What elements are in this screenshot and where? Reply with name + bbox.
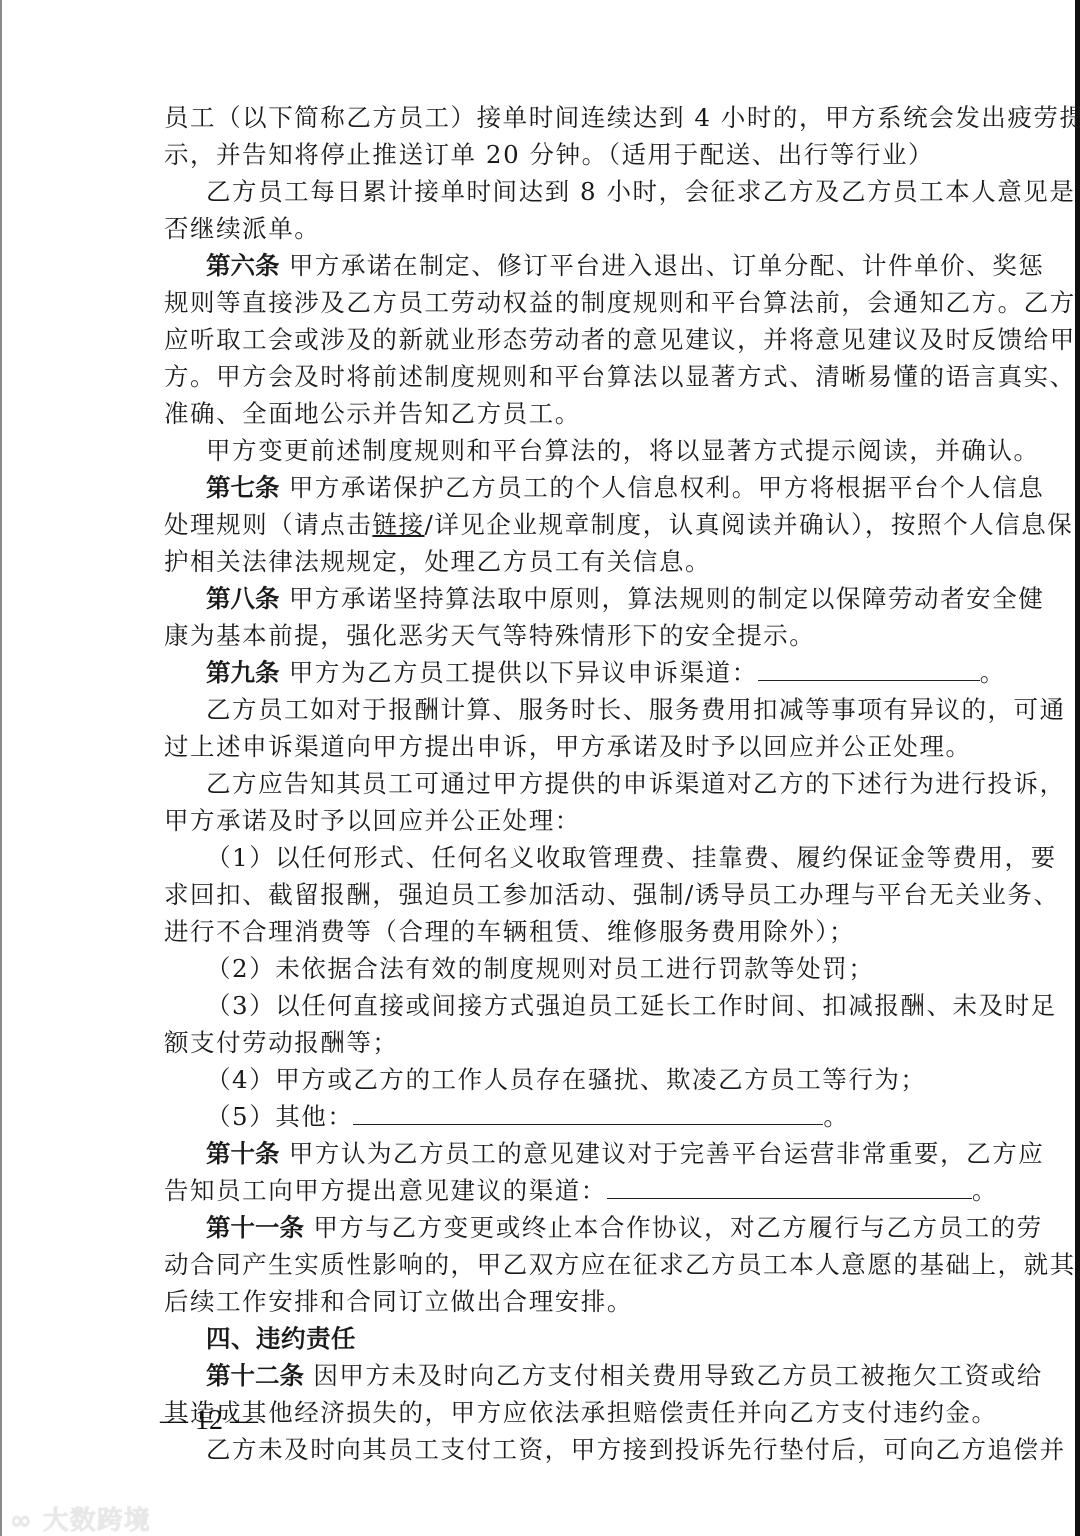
list-item: （1）以任何形式、任何名义收取管理费、挂靠费、履约保证金等费用，要 bbox=[164, 839, 920, 876]
article-6: 第六条 甲方承诺在制定、修订平台进入退出、订单分配、计件单价、奖惩 bbox=[164, 247, 920, 284]
watermark-text: 大数跨境 bbox=[43, 1506, 151, 1536]
article-text: 甲方为乙方员工提供以下异议申诉渠道： bbox=[289, 658, 758, 687]
text-line: 其造成其他经济损失的，甲方应依法承担赔偿责任并向乙方支付违约金。 bbox=[164, 1394, 920, 1431]
logo-icon: ∞ bbox=[10, 1506, 33, 1536]
article-text: 甲方承诺保护乙方员工的个人信息权利。甲方将根据平台个人信息 bbox=[289, 473, 1044, 502]
text-line: 乙方员工每日累计接单时间达到 8 小时，会征求乙方及乙方员工本人意见是 bbox=[164, 173, 920, 210]
fill-blank[interactable] bbox=[607, 1174, 972, 1199]
text-line: 过上述申诉渠道向甲方提出申诉，甲方承诺及时予以回应并公正处理。 bbox=[164, 728, 920, 765]
article-10: 第十条 甲方认为乙方员工的意见建议对于完善平台运营非常重要，乙方应 bbox=[164, 1135, 920, 1172]
text-line: 乙方未及时向其员工支付工资，甲方接到投诉先行垫付后，可向乙方追偿并 bbox=[164, 1431, 920, 1468]
text-line: 准确、全面地公示并告知乙方员工。 bbox=[164, 395, 920, 432]
article-8: 第八条 甲方承诺坚持算法取中原则，算法规则的制定以保障劳动者安全健 bbox=[164, 580, 920, 617]
text-line: 甲方承诺及时予以回应并公正处理： bbox=[164, 802, 920, 839]
list-item: （4）甲方或乙方的工作人员存在骚扰、欺凌乙方员工等行为； bbox=[164, 1061, 920, 1098]
text-line: 规则等直接涉及乙方员工劳动权益的制度规则和平台算法前，会通知乙方。乙方 bbox=[164, 284, 920, 321]
article-label: 第十二条 bbox=[206, 1361, 304, 1390]
article-label: 第七条 bbox=[206, 473, 280, 502]
text-span: /详见企业规章制度，认真阅读并确认），按照个人信息保 bbox=[425, 510, 1074, 539]
text-line: 告知员工向甲方提出意见建议的渠道：。 bbox=[164, 1172, 920, 1209]
period: 。 bbox=[972, 1176, 998, 1205]
text-line: 应听取工会或涉及的新就业形态劳动者的意见建议，并将意见建议及时反馈给甲 bbox=[164, 321, 920, 358]
article-text: 因甲方未及时向乙方支付相关费用导致乙方员工被拖欠工资或给 bbox=[313, 1361, 1042, 1390]
text-line: 甲方变更前述制度规则和平台算法的，将以显著方式提示阅读，并确认。 bbox=[164, 432, 920, 469]
page-number: — 12 — bbox=[160, 1405, 258, 1437]
article-12: 第十二条 因甲方未及时向乙方支付相关费用导致乙方员工被拖欠工资或给 bbox=[164, 1357, 920, 1394]
text-line: 护相关法律法规规定，处理乙方员工有关信息。 bbox=[164, 543, 920, 580]
article-text: 甲方与乙方变更或终止本合作协议，对乙方履行与乙方员工的劳 bbox=[313, 1213, 1042, 1242]
text-line: 康为基本前提，强化恶劣天气等特殊情形下的安全提示。 bbox=[164, 617, 920, 654]
period: 。 bbox=[823, 1102, 849, 1131]
article-9: 第九条 甲方为乙方员工提供以下异议申诉渠道：。 bbox=[164, 654, 920, 691]
list-item: （2）未依据合法有效的制度规则对员工进行罚款等处罚； bbox=[164, 950, 920, 987]
list-item: （3）以任何直接或间接方式强迫员工延长工作时间、扣减报酬、未及时足 bbox=[164, 987, 920, 1024]
article-7: 第七条 甲方承诺保护乙方员工的个人信息权利。甲方将根据平台个人信息 bbox=[164, 469, 920, 506]
text-line: 员工（以下简称乙方员工）接单时间连续达到 4 小时的，甲方系统会发出疲劳提 bbox=[164, 99, 920, 136]
watermark-logo: ∞ 大数跨境 bbox=[10, 1500, 151, 1536]
list-item: （5）其他：。 bbox=[164, 1098, 920, 1135]
article-label: 第九条 bbox=[206, 658, 280, 687]
text-line: 乙方应告知其员工可通过甲方提供的申诉渠道对乙方的下述行为进行投诉， bbox=[164, 765, 920, 802]
article-label: 第十条 bbox=[206, 1139, 280, 1168]
fill-blank[interactable] bbox=[758, 656, 980, 681]
article-text: 甲方承诺在制定、修订平台进入退出、订单分配、计件单价、奖惩 bbox=[289, 251, 1044, 280]
section-heading: 四、违约责任 bbox=[164, 1320, 920, 1357]
text-span: 告知员工向甲方提出意见建议的渠道： bbox=[164, 1176, 607, 1205]
article-11: 第十一条 甲方与乙方变更或终止本合作协议，对乙方履行与乙方员工的劳 bbox=[164, 1209, 920, 1246]
document-page: 员工（以下简称乙方员工）接单时间连续达到 4 小时的，甲方系统会发出疲劳提 示，… bbox=[164, 99, 920, 1468]
article-label: 第八条 bbox=[206, 584, 280, 613]
scan-edge-right bbox=[1075, 0, 1080, 1536]
text-line: 求回扣、截留报酬，强迫员工参加活动、强制/诱导员工办理与平台无关业务、 bbox=[164, 876, 920, 913]
text-line: 处理规则（请点击链接/详见企业规章制度，认真阅读并确认），按照个人信息保 bbox=[164, 506, 920, 543]
text-line: 否继续派单。 bbox=[164, 210, 920, 247]
text-line: 后续工作安排和合同订立做出合理安排。 bbox=[164, 1283, 920, 1320]
fill-blank[interactable] bbox=[353, 1100, 823, 1125]
article-label: 第十一条 bbox=[206, 1213, 304, 1242]
text-line: 示，并告知将停止推送订单 20 分钟。（适用于配送、出行等行业） bbox=[164, 136, 920, 173]
text-span: 处理规则（请点击 bbox=[164, 510, 372, 539]
article-text: 甲方认为乙方员工的意见建议对于完善平台运营非常重要，乙方应 bbox=[289, 1139, 1044, 1168]
text-line: 进行不合理消费等（合理的车辆租赁、维修服务费用除外）； bbox=[164, 913, 920, 950]
text-line: 方。甲方会及时将前述制度规则和平台算法以显著方式、清晰易懂的语言真实、 bbox=[164, 358, 920, 395]
period: 。 bbox=[980, 658, 1006, 687]
text-line: 动合同产生实质性影响的，甲乙双方应在征求乙方员工本人意愿的基础上，就其 bbox=[164, 1246, 920, 1283]
link[interactable]: 链接 bbox=[372, 510, 424, 539]
article-label: 第六条 bbox=[206, 251, 280, 280]
text-line: 额支付劳动报酬等； bbox=[164, 1024, 920, 1061]
item-label: （5）其他： bbox=[206, 1102, 353, 1131]
article-text: 甲方承诺坚持算法取中原则，算法规则的制定以保障劳动者安全健 bbox=[289, 584, 1044, 613]
scan-edge-left bbox=[0, 0, 2, 1536]
text-line: 乙方员工如对于报酬计算、服务时长、服务费用扣减等事项有异议的，可通 bbox=[164, 691, 920, 728]
